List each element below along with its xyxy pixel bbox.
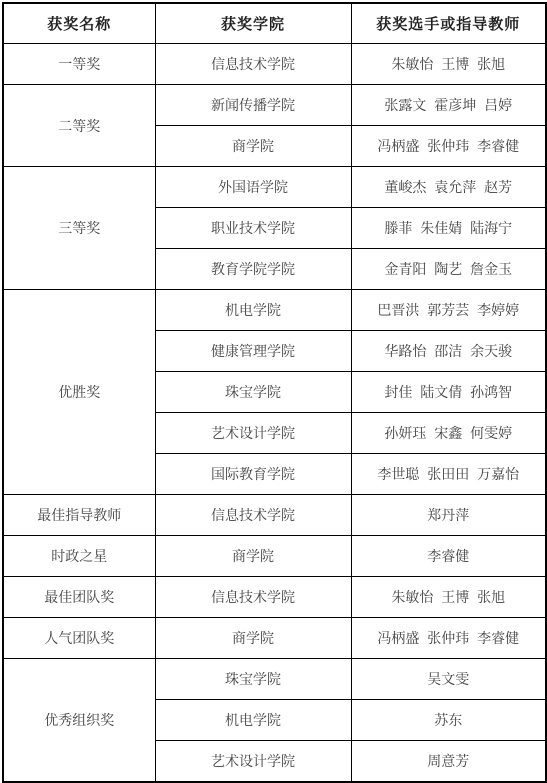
- college-cell: 新闻传播学院: [155, 85, 351, 126]
- winners-cell: 李世聪 张田田 万嘉怡: [351, 454, 546, 495]
- winners-cell: 冯柄盛 张仲玮 李睿健: [351, 618, 546, 659]
- table-row: 最佳指导教师信息技术学院郑丹萍: [3, 495, 546, 536]
- winners-cell: 滕菲 朱佳婧 陆海宁: [351, 208, 546, 249]
- winners-cell: 李睿健: [351, 536, 546, 577]
- table-row: 优胜奖机电学院巴晋洪 郭芳芸 李婷婷: [3, 290, 546, 331]
- college-cell: 珠宝学院: [155, 372, 351, 413]
- header-award-name: 获奖名称: [3, 3, 155, 44]
- award-name-cell: 最佳团队奖: [3, 577, 155, 618]
- winners-cell: 苏东: [351, 700, 546, 741]
- college-cell: 商学院: [155, 618, 351, 659]
- header-winners: 获奖选手或指导教师: [351, 3, 546, 44]
- college-cell: 职业技术学院: [155, 208, 351, 249]
- table-row: 人气团队奖商学院冯柄盛 张仲玮 李睿健: [3, 618, 546, 659]
- college-cell: 信息技术学院: [155, 577, 351, 618]
- table-row: 最佳团队奖信息技术学院朱敏怡 王博 张旭: [3, 577, 546, 618]
- table-row: 时政之星商学院李睿健: [3, 536, 546, 577]
- winners-cell: 巴晋洪 郭芳芸 李婷婷: [351, 290, 546, 331]
- award-name-cell: 一等奖: [3, 44, 155, 85]
- college-cell: 艺术设计学院: [155, 413, 351, 454]
- college-cell: 国际教育学院: [155, 454, 351, 495]
- header-college: 获奖学院: [155, 3, 351, 44]
- awards-table: 获奖名称 获奖学院 获奖选手或指导教师 一等奖信息技术学院朱敏怡 王博 张旭二等…: [2, 2, 547, 783]
- college-cell: 机电学院: [155, 290, 351, 331]
- award-name-cell: 人气团队奖: [3, 618, 155, 659]
- winners-cell: 郑丹萍: [351, 495, 546, 536]
- winners-cell: 朱敏怡 王博 张旭: [351, 44, 546, 85]
- winners-cell: 华路怡 邵洁 余天骏: [351, 331, 546, 372]
- winners-cell: 冯柄盛 张仲玮 李睿健: [351, 126, 546, 167]
- college-cell: 机电学院: [155, 700, 351, 741]
- table-row: 一等奖信息技术学院朱敏怡 王博 张旭: [3, 44, 546, 85]
- award-name-cell: 三等奖: [3, 167, 155, 290]
- winners-cell: 董峻杰 袁允萍 赵芳: [351, 167, 546, 208]
- award-name-cell: 优秀组织奖: [3, 659, 155, 783]
- college-cell: 商学院: [155, 126, 351, 167]
- college-cell: 信息技术学院: [155, 44, 351, 85]
- college-cell: 教育学院学院: [155, 249, 351, 290]
- award-name-cell: 时政之星: [3, 536, 155, 577]
- winners-cell: 金青阳 陶艺 詹金玉: [351, 249, 546, 290]
- college-cell: 艺术设计学院: [155, 741, 351, 783]
- winners-cell: 周意芳: [351, 741, 546, 783]
- winners-cell: 封佳 陆文倩 孙鸿智: [351, 372, 546, 413]
- winners-cell: 孙妍珏 宋鑫 何雯婷: [351, 413, 546, 454]
- table-row: 三等奖外国语学院董峻杰 袁允萍 赵芳: [3, 167, 546, 208]
- award-name-cell: 优胜奖: [3, 290, 155, 495]
- header-row: 获奖名称 获奖学院 获奖选手或指导教师: [3, 3, 546, 44]
- table-row: 优秀组织奖珠宝学院吴文雯: [3, 659, 546, 700]
- table-row: 二等奖新闻传播学院张露文 霍彦坤 吕婷: [3, 85, 546, 126]
- college-cell: 健康管理学院: [155, 331, 351, 372]
- award-name-cell: 二等奖: [3, 85, 155, 167]
- college-cell: 信息技术学院: [155, 495, 351, 536]
- award-name-cell: 最佳指导教师: [3, 495, 155, 536]
- winners-cell: 吴文雯: [351, 659, 546, 700]
- college-cell: 珠宝学院: [155, 659, 351, 700]
- winners-cell: 张露文 霍彦坤 吕婷: [351, 85, 546, 126]
- college-cell: 外国语学院: [155, 167, 351, 208]
- college-cell: 商学院: [155, 536, 351, 577]
- winners-cell: 朱敏怡 王博 张旭: [351, 577, 546, 618]
